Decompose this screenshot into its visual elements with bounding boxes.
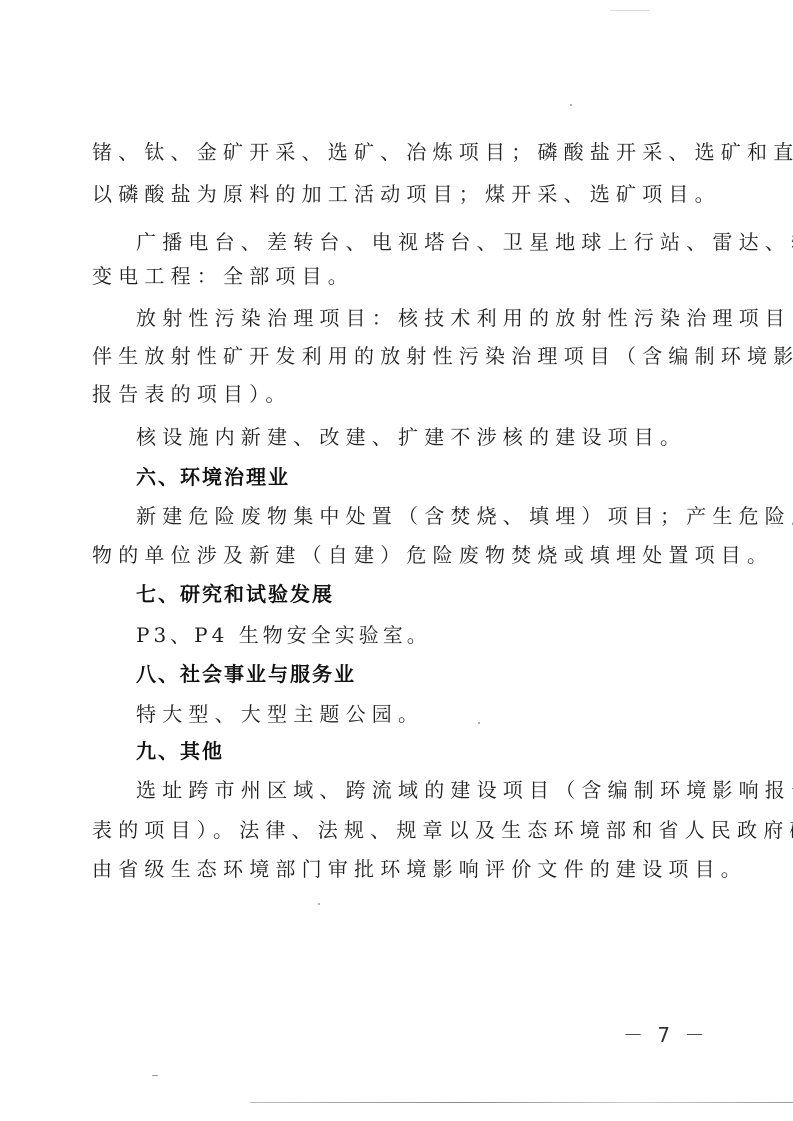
paragraph-line: 由省级生态环境部门审批环境影响评价文件的建设项目。 xyxy=(92,855,712,883)
section-heading-seven: 七、研究和试验发展 xyxy=(136,580,756,608)
paragraph-line: P3、P4 生物安全实验室。 xyxy=(136,621,756,649)
scan-artifact-line xyxy=(610,10,650,11)
paragraph-line: 表的项目）。法律、法规、规章以及生态环境部和省人民政府确定 xyxy=(92,816,712,844)
section-heading-nine: 九、其他 xyxy=(136,737,756,765)
paragraph-line: 变电工程：全部项目。 xyxy=(92,262,712,290)
paragraph-line: 报告表的项目）。 xyxy=(92,380,712,408)
paragraph-line: 选址跨市州区域、跨流域的建设项目（含编制环境影响报告 xyxy=(136,776,756,804)
scan-speck xyxy=(318,903,320,905)
document-page: 锗、钛、金矿开采、选矿、冶炼项目；磷酸盐开采、选矿和直接 以磷酸盐为原料的加工活… xyxy=(0,0,793,1121)
scan-speck xyxy=(478,722,480,724)
paragraph-line: 特大型、大型主题公园。 xyxy=(136,700,756,728)
scan-speck xyxy=(152,1075,158,1076)
section-heading-six: 六、环境治理业 xyxy=(136,463,756,491)
paragraph-line: 广播电台、差转台、电视塔台、卫星地球上行站、雷达、输 xyxy=(136,228,756,256)
section-heading-eight: 八、社会事业与服务业 xyxy=(136,660,756,688)
paragraph-line: 核设施内新建、改建、扩建不涉核的建设项目。 xyxy=(136,423,756,451)
paragraph-line: 放射性污染治理项目：核技术利用的放射性污染治理项目； xyxy=(136,304,756,332)
scan-artifact-bottom-line xyxy=(250,1102,793,1103)
paragraph-line: 以磷酸盐为原料的加工活动项目；煤开采、选矿项目。 xyxy=(92,180,712,208)
paragraph-line: 伴生放射性矿开发利用的放射性污染治理项目（含编制环境影响 xyxy=(92,342,712,370)
page-number: － 7 － xyxy=(623,1019,708,1048)
paragraph-line: 新建危险废物集中处置（含焚烧、填埋）项目；产生危险废 xyxy=(136,502,756,530)
scan-speck xyxy=(570,104,572,106)
paragraph-line: 物的单位涉及新建（自建）危险废物焚烧或填埋处置项目。 xyxy=(92,541,712,569)
paragraph-line: 锗、钛、金矿开采、选矿、冶炼项目；磷酸盐开采、选矿和直接 xyxy=(92,138,712,166)
